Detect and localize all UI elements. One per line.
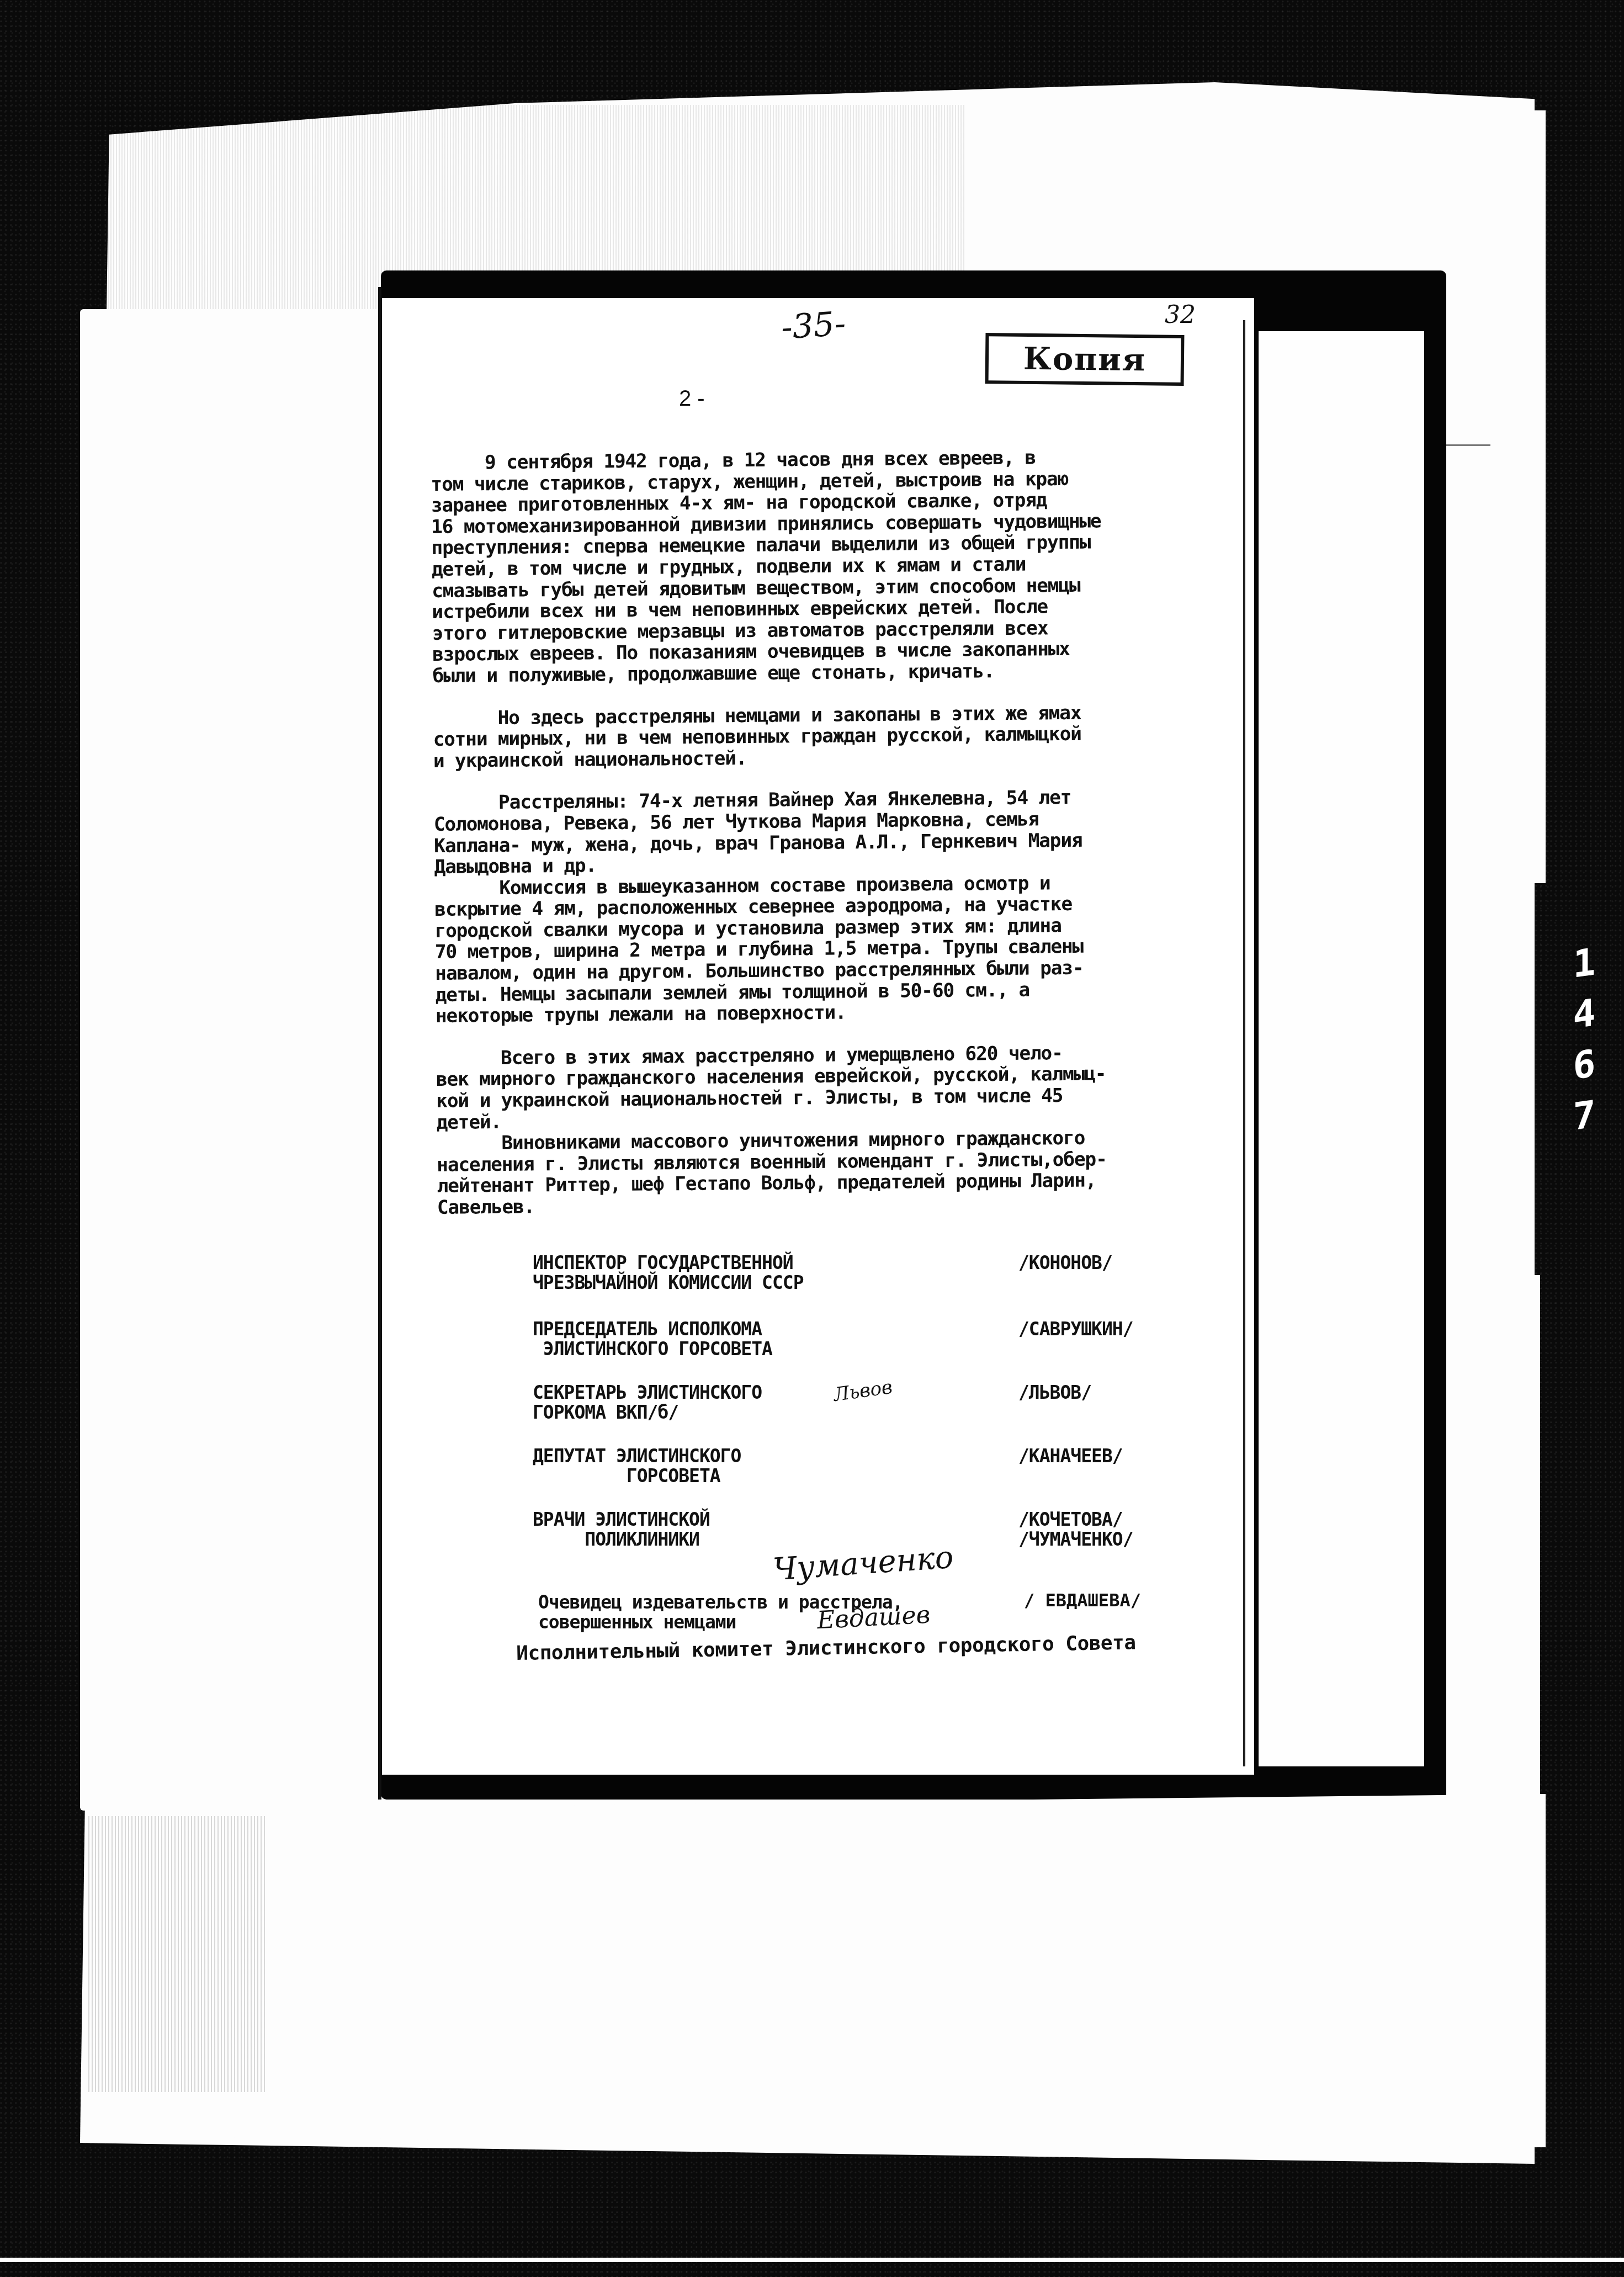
sheet-number: 32 — [1165, 301, 1196, 329]
signatory-title: ИНСПЕКТОР ГОСУДАРСТВЕННОЙ ЧРЕЗВЫЧАЙНОЙ К… — [533, 1253, 804, 1293]
book-spine — [378, 287, 381, 1800]
signatory-name: /ЛЬВОВ/ — [1018, 1383, 1091, 1403]
underlying-sheet — [1259, 331, 1424, 1766]
archive-stamp-number: 1 4 6 7 — [1562, 935, 1606, 1144]
adjacent-sheet-edge — [1468, 1275, 1540, 1827]
eyewitness-label: Очевидец издевательств и расстрела, сове… — [538, 1593, 903, 1632]
page-number: 2 - — [679, 386, 705, 411]
signatory-name: /КОЧЕТОВА/ /ЧУМАЧЕНКО/ — [1018, 1510, 1133, 1549]
archive-digit: 4 — [1562, 986, 1606, 1043]
document-body: 9 сентября 1942 года, в 12 часов дня все… — [431, 446, 1193, 1218]
copy-stamp: Копия — [985, 333, 1185, 386]
bottom-folder-sheet — [88, 1794, 1546, 2147]
page-edge-line — [1243, 320, 1245, 1766]
signatory-name: /САВРУШКИН/ — [1018, 1319, 1133, 1339]
left-book-page — [80, 309, 378, 1811]
eyewitness-name: / ЕВДАШЕВА/ — [1024, 1590, 1141, 1611]
paragraph: Но здесь расстреляны немцами и закопаны … — [433, 702, 1190, 772]
adjacent-sheet-edge — [1490, 110, 1546, 883]
paragraph: Всего в этих ямах расстреляно и умерщвле… — [436, 1042, 1193, 1219]
copy-stamp-label: Копия — [1023, 341, 1147, 378]
paragraph: 9 сентября 1942 года, в 12 часов дня все… — [431, 446, 1189, 687]
signatory-name: /КОНОНОВ/ — [1018, 1253, 1112, 1273]
signatory-title: СЕКРЕТАРЬ ЭЛИСТИНСКОГО ГОРКОМА ВКП/б/ — [533, 1383, 762, 1423]
archive-digit: 7 — [1562, 1087, 1606, 1144]
archive-digit: 6 — [1562, 1037, 1606, 1094]
signatory-name: /КАНАЧЕЕВ/ — [1018, 1446, 1123, 1466]
signatory-title: ДЕПУТАТ ЭЛИСТИНСКОГО ГОРСОВЕТА — [533, 1446, 741, 1486]
folio-number: -35- — [780, 304, 847, 347]
scan-shading — [88, 1816, 265, 2092]
paragraph: Расстреляны: 74-х летняя Вайнер Хая Янке… — [433, 786, 1192, 1027]
signatory-title: ПРЕДСЕДАТЕЛЬ ИСПОЛКОМА ЭЛИСТИНСКОГО ГОРС… — [533, 1319, 772, 1359]
archive-digit: 1 — [1562, 935, 1606, 992]
scan-border — [0, 2258, 1624, 2262]
signatory-title: ВРАЧИ ЭЛИСТИНСКОЙ ПОЛИКЛИНИКИ — [533, 1510, 710, 1549]
